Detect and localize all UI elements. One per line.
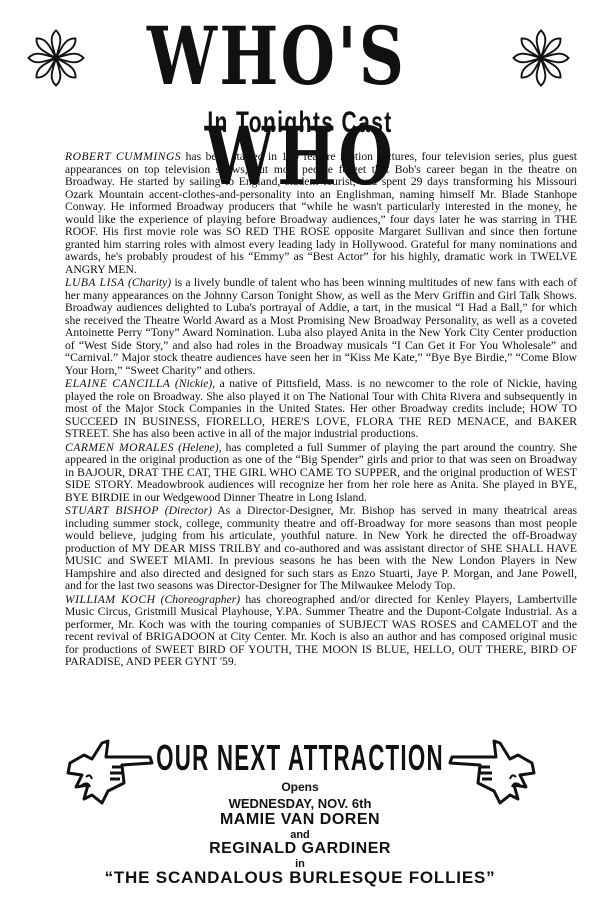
bio-role: (Director) xyxy=(165,504,212,517)
bio-elaine-cancilla: ELAINE CANCILLA (Nickie), a native of Pi… xyxy=(65,378,577,441)
pointing-hand-icon xyxy=(445,733,540,805)
bio-name: WILLIAM KOCH xyxy=(65,593,155,606)
bio-carmen-morales: CARMEN MORALES (Helene), has completed a… xyxy=(65,442,577,505)
flower-ornament-icon xyxy=(510,22,572,94)
bio-name: ROBERT CUMMINGS xyxy=(65,150,181,163)
bio-william-koch: WILLIAM KOCH (Choreographer) has choreog… xyxy=(65,594,577,669)
bio-luba-lisa: LUBA LISA (Charity) is a lively bundle o… xyxy=(65,277,577,377)
opening-date: WEDNESDAY, NOV. 6th xyxy=(0,796,600,811)
bio-text: is a lively bundle of talent who has bee… xyxy=(65,276,577,377)
show-title: “THE SCANDALOUS BURLESQUE FOLLIES” xyxy=(0,868,600,888)
title-part-whos: WHO'S xyxy=(147,9,406,103)
bio-role: (Charity) xyxy=(128,276,171,289)
next-attraction: OUR NEXT ATTRACTION Opens WEDNESDAY, NOV… xyxy=(0,700,600,900)
bio-name: STUART BISHOP xyxy=(65,504,159,517)
attraction-title: OUR NEXT ATTRACTION xyxy=(114,738,486,778)
page-subtitle: In Tonights Cast xyxy=(90,103,510,143)
bio-name: LUBA LISA xyxy=(65,276,125,289)
bio-stuart-bishop: STUART BISHOP (Director) As a Director-D… xyxy=(65,505,577,593)
bio-text: As a Director-Designer, Mr. Bishop has s… xyxy=(65,504,577,592)
opens-label: Opens xyxy=(0,780,600,794)
bio-robert-cummings: ROBERT CUMMINGS has been starred in 109 … xyxy=(65,151,577,276)
bio-name: ELAINE CANCILLA xyxy=(65,377,170,390)
bio-name: CARMEN MORALES xyxy=(65,441,174,454)
bio-text: has been starred in 109 feature motion p… xyxy=(65,150,577,276)
bio-role: (Helene) xyxy=(178,441,219,454)
bio-role: (Choreographer) xyxy=(161,593,240,606)
star-name-2: REGINALD GARDINER xyxy=(0,840,600,858)
bio-role: (Nickie) xyxy=(175,377,212,390)
star-name-1: MAMIE VAN DOREN xyxy=(0,811,600,829)
cast-bios: ROBERT CUMMINGS has been starred in 109 … xyxy=(65,151,577,670)
page-header: WHO'SWHO In Tonights Cast xyxy=(0,0,600,150)
